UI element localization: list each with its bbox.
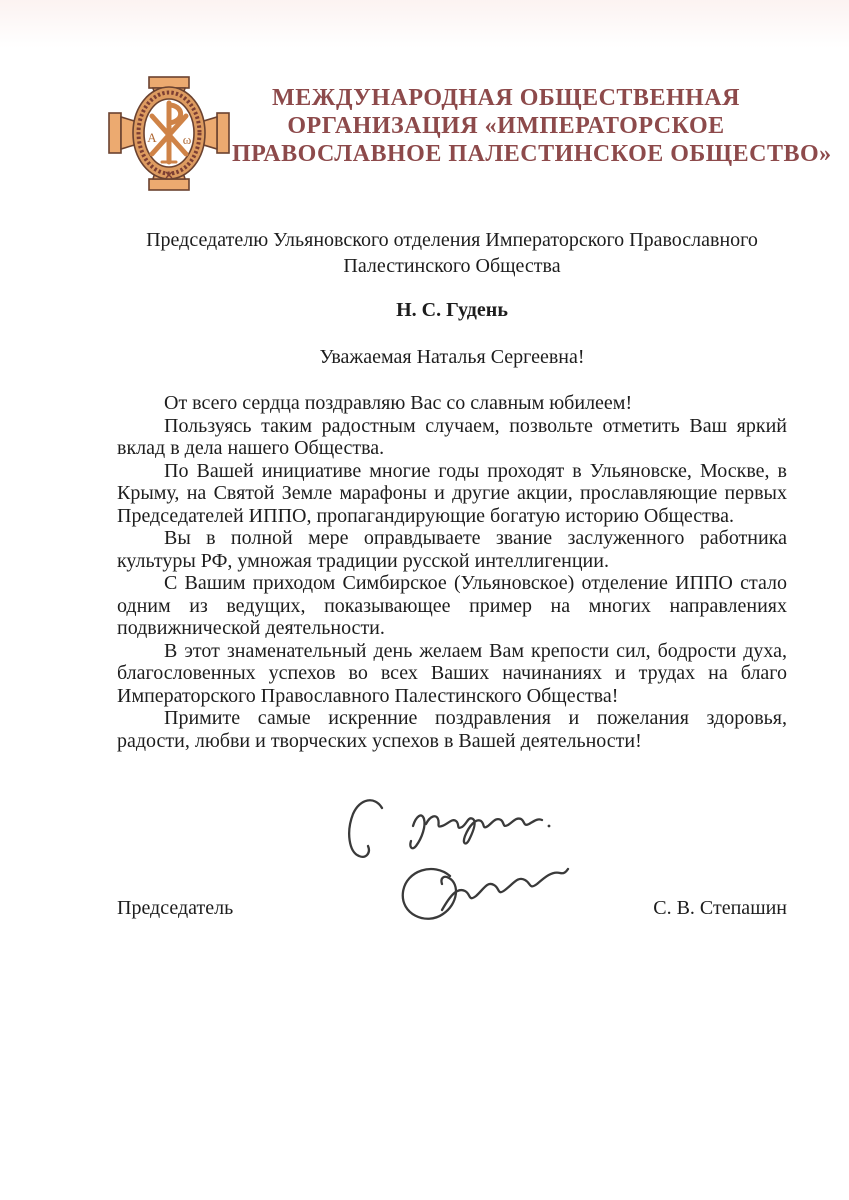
paragraph: По Вашей инициативе многие годы проходят… [117,460,787,528]
salutation: Уважаемая Наталья Сергеевна! [117,344,787,370]
svg-text:А: А [147,130,157,145]
addressee-line: Председателю Ульяновского отделения Импе… [117,227,787,253]
ippo-cross-emblem-icon: А ω [106,74,232,194]
paragraph: С Вашим приходом Симбирское (Ульяновское… [117,572,787,640]
addressee-block: Председателю Ульяновского отделения Импе… [117,227,787,279]
paragraph: От всего сердца поздравляю Вас со славны… [117,392,787,415]
org-name-line: МЕЖДУНАРОДНАЯ ОБЩЕСТВЕННАЯ [232,84,780,112]
letter-page: А ω МЕЖДУНАРОДНАЯ ОБЩЕСТВЕННАЯ ОРГАНИЗАЦ… [0,0,849,1200]
paragraph: Пользуясь таким радостным случаем, позво… [117,415,787,460]
recipient-name: Н. С. Гудень [117,297,787,323]
scan-edge-tint [0,0,849,48]
svg-text:ω: ω [183,132,192,147]
paragraph: Примите самые искренние поздравления и п… [117,707,787,752]
signer-name: С. В. Степашин [653,896,787,920]
position-title: Председатель [117,896,233,920]
letter-body: От всего сердца поздравляю Вас со славны… [117,392,787,752]
addressee-line: Палестинского Общества [117,253,787,279]
footer-row: Председатель С. В. Степашин [117,896,787,920]
org-name-line: ОРГАНИЗАЦИЯ «ИМПЕРАТОРСКОЕ [232,112,780,140]
paragraph: Вы в полной мере оправдываете звание зас… [117,527,787,572]
org-name-line: ПРАВОСЛАВНОЕ ПАЛЕСТИНСКОЕ ОБЩЕСТВО» [232,140,780,168]
org-name: МЕЖДУНАРОДНАЯ ОБЩЕСТВЕННАЯ ОРГАНИЗАЦИЯ «… [232,84,780,168]
paragraph: В этот знаменательный день желаем Вам кр… [117,640,787,708]
